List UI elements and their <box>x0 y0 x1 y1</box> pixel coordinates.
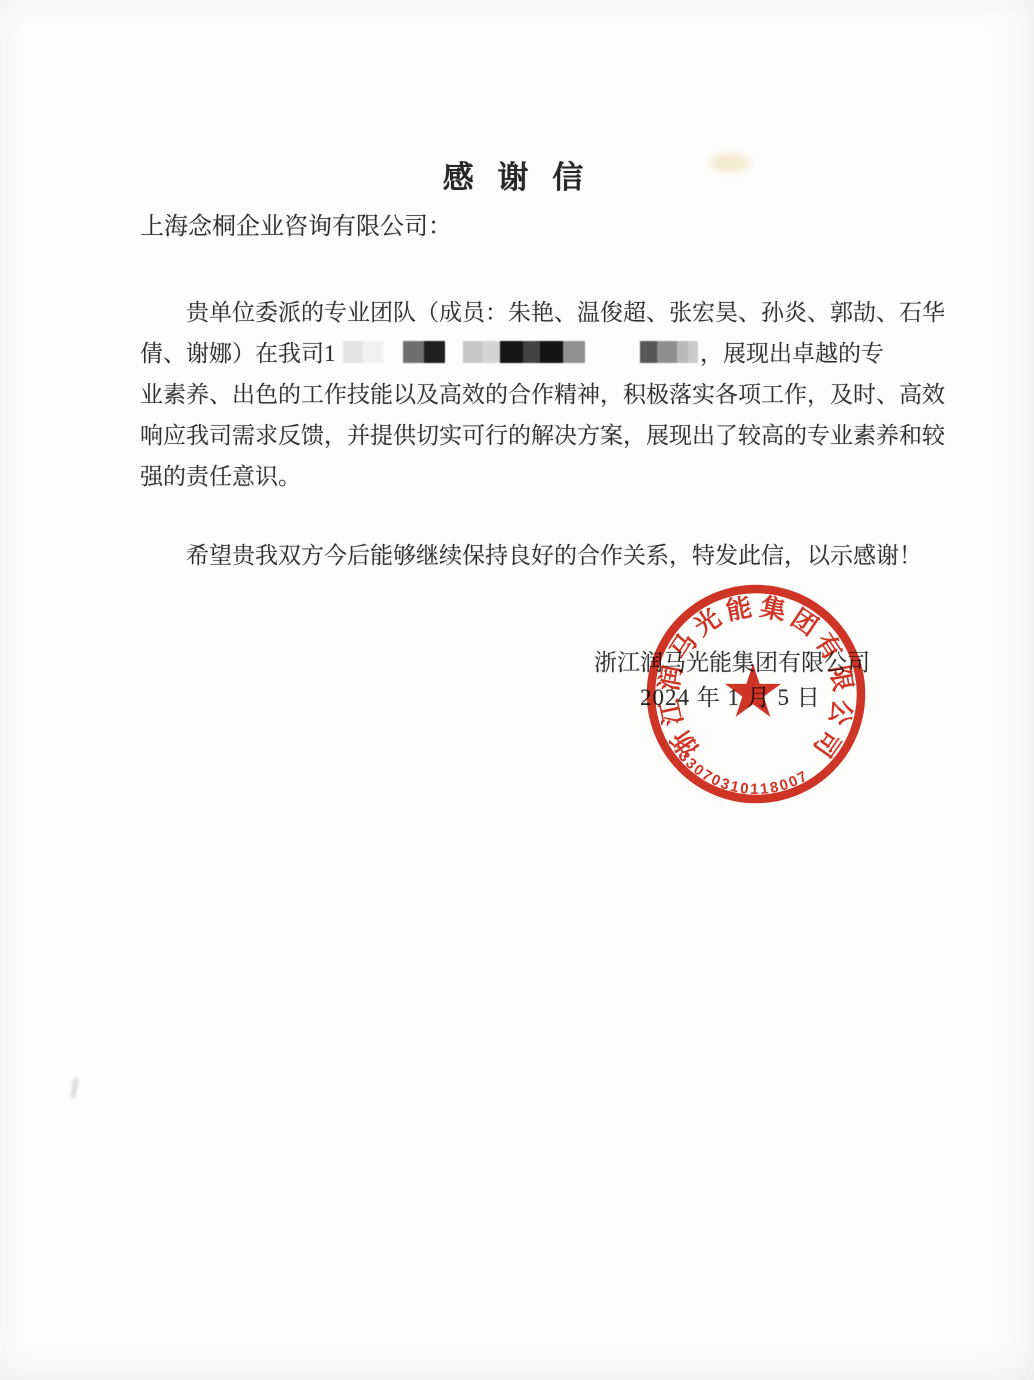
paragraph1-line4: 响应我司需求反馈，并提供切实可行的解决方案，展现出了较高的专业素养和较 <box>140 417 945 450</box>
mosaic-cell <box>403 341 424 363</box>
scan-artifact-mark <box>70 1078 78 1099</box>
mosaic-cell <box>540 341 563 363</box>
mosaic-block-group-2 <box>403 341 445 363</box>
seal-star-icon <box>725 664 781 717</box>
mosaic-cell <box>523 341 540 363</box>
paragraph1-line2-post: ，展现出卓越的专 <box>700 335 884 368</box>
letter-title: 感 谢 信 <box>0 152 1034 197</box>
seal-number-digit: 1 <box>759 780 769 798</box>
mosaic-block-group-4 <box>640 341 698 363</box>
mosaic-cell <box>363 341 383 363</box>
letter-page: 感 谢 信 上海念桐企业咨询有限公司： 贵单位委派的专业团队（成员：朱艳、温俊超… <box>0 0 1034 1380</box>
mosaic-cell <box>640 341 657 363</box>
mosaic-cell <box>463 341 482 363</box>
paragraph1-line2-pre: 倩、谢娜）在我司1 <box>140 341 336 366</box>
paragraph1-line1: 贵单位委派的专业团队（成员：朱艳、温俊超、张宏昊、孙炎、郭劼、石华 <box>140 294 945 327</box>
mosaic-cell <box>657 341 677 363</box>
seal-company-char: 润 <box>654 663 687 694</box>
paragraph1-line2: 倩、谢娜）在我司1 ，展现出卓越的专 <box>140 335 1020 368</box>
mosaic-block-group-1 <box>343 341 383 363</box>
company-seal-stamp: 浙江润马光能集团有限公司33070310118007 <box>620 558 892 830</box>
seal-company-char: 集 <box>758 592 789 626</box>
seal-number-digit: 1 <box>750 781 759 798</box>
seal-company-char: 限 <box>825 663 858 694</box>
mosaic-cell <box>343 341 363 363</box>
seal-company-char: 公 <box>824 697 858 729</box>
mosaic-cell <box>500 341 523 363</box>
mosaic-cell <box>563 341 585 363</box>
recipient-line: 上海念桐企业咨询有限公司： <box>140 206 452 241</box>
paragraph1-line5: 强的责任意识。 <box>140 458 301 491</box>
mosaic-cell <box>482 341 500 363</box>
scan-smudge <box>710 154 750 172</box>
mosaic-cell <box>424 341 445 363</box>
seal-company-char: 能 <box>724 592 755 625</box>
mosaic-block-group-3 <box>463 341 585 363</box>
mosaic-cell <box>677 341 688 363</box>
seal-company-char: 江 <box>655 696 689 728</box>
paragraph1-line3: 业素养、出色的工作技能以及高效的合作精神，积极落实各项工作，及时、高效 <box>140 376 945 409</box>
mosaic-cell <box>688 341 698 363</box>
